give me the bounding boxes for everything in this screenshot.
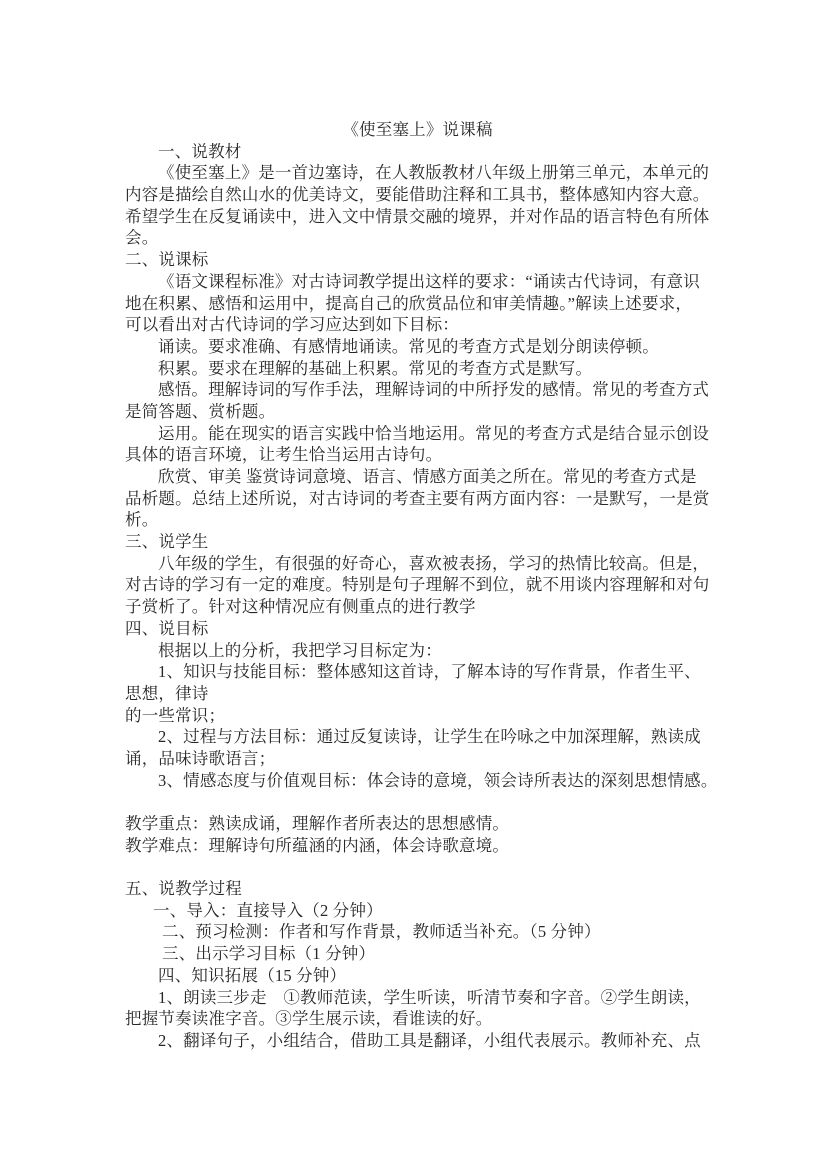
blank-line: [125, 791, 710, 813]
text-line: 2、过程与方法目标：通过反复读诗，让学生在吟咏之中加深理解，熟读成: [125, 726, 710, 748]
text-line: 诵读。要求准确、有感情地诵读。常见的考查方式是划分朗读停顿。: [125, 336, 710, 358]
text-line: 一、导入：直接导入（2 分钟）: [125, 900, 710, 922]
document-title: 《使至塞上》说课稿: [125, 119, 710, 141]
text-line: 四、知识拓展（15 分钟）: [125, 965, 710, 987]
text-line: 的一些常识；: [125, 705, 710, 727]
text-line: 感悟。理解诗词的写作手法，理解诗词的中所抒发的感情。常见的考查方式: [125, 379, 710, 401]
text-line: 地在积累、感悟和运用中，提高自己的欣赏品位和审美情趣。”解读上述要求，: [125, 293, 710, 315]
text-line: 三、说学生: [125, 531, 710, 553]
text-line: 教学重点：熟读成诵，理解作者所表达的思想感情。: [125, 813, 710, 835]
text-line: 1、知识与技能目标：整体感知这首诗，了解本诗的写作背景，作者生平、: [125, 661, 710, 683]
text-line: 《使至塞上》是一首边塞诗，在人教版教材八年级上册第三单元，本单元的: [125, 162, 710, 184]
text-line: 思想，律诗: [125, 683, 710, 705]
text-line: 根据以上的分析，我把学习目标定为：: [125, 640, 710, 662]
text-line: 四、说目标: [125, 618, 710, 640]
text-line: 《语文课程标准》对古诗词教学提出这样的要求：“诵读古代诗词，有意识: [125, 271, 710, 293]
text-line: 二、说课标: [125, 249, 710, 271]
text-line: 积累。要求在理解的基础上积累。常见的考查方式是默写。: [125, 358, 710, 380]
text-line: 运用。能在现实的语言实践中恰当地运用。常见的考查方式是结合显示创设: [125, 423, 710, 445]
text-line: 把握节奏读准字音。③学生展示读，看谁读的好。: [125, 1008, 710, 1030]
text-line: 子赏析了。针对这种情况应有侧重点的进行教学: [125, 596, 710, 618]
text-line: 一、说教材: [125, 141, 710, 163]
text-line: 诵，品味诗歌语言；: [125, 748, 710, 770]
text-line: 三、出示学习目标（1 分钟）: [125, 943, 710, 965]
document-page: 《使至塞上》说课稿 一、说教材《使至塞上》是一首边塞诗，在人教版教材八年级上册第…: [0, 0, 827, 1169]
text-line: 欣赏、审美 鉴赏诗词意境、语言、情感方面美之所在。常见的考查方式是: [125, 466, 710, 488]
text-line: 五、说教学过程: [125, 878, 710, 900]
blank-line: [125, 856, 710, 878]
text-line: 品析题。总结上述所说，对古诗词的考查主要有两方面内容：一是默写，一是赏: [125, 488, 710, 510]
text-line: 2、翻译句子，小组结合，借助工具是翻译，小组代表展示。教师补充、点: [125, 1030, 710, 1052]
text-line: 析。: [125, 509, 710, 531]
text-line: 可以看出对古代诗词的学习应达到如下目标：: [125, 314, 710, 336]
text-line: 教学难点：理解诗句所蕴涵的内涵，体会诗歌意境。: [125, 835, 710, 857]
text-line: 是简答题、赏析题。: [125, 401, 710, 423]
text-line: 3、情感态度与价值观目标：体会诗的意境，领会诗所表达的深刻思想情感。: [125, 770, 710, 792]
text-line: 对古诗的学习有一定的难度。特别是句子理解不到位，就不用谈内容理解和对句: [125, 574, 710, 596]
text-line: 会。: [125, 227, 710, 249]
text-line: 具体的语言环境，让考生恰当运用古诗句。: [125, 444, 710, 466]
document-content: 《使至塞上》说课稿 一、说教材《使至塞上》是一首边塞诗，在人教版教材八年级上册第…: [0, 0, 827, 1052]
document-body: 一、说教材《使至塞上》是一首边塞诗，在人教版教材八年级上册第三单元，本单元的内容…: [125, 141, 710, 1052]
text-line: 八年级的学生，有很强的好奇心，喜欢被表扬，学习的热情比较高。但是，: [125, 553, 710, 575]
text-line: 希望学生在反复诵读中，进入文中情景交融的境界，并对作品的语言特色有所体: [125, 206, 710, 228]
text-line: 1、朗读三步走 ①教师范读，学生听读，听清节奏和字音。②学生朗读，: [125, 987, 710, 1009]
text-line: 二、预习检测：作者和写作背景，教师适当补充。（5 分钟）: [125, 921, 710, 943]
text-line: 内容是描绘自然山水的优美诗文，要能借助注释和工具书，整体感知内容大意。: [125, 184, 710, 206]
